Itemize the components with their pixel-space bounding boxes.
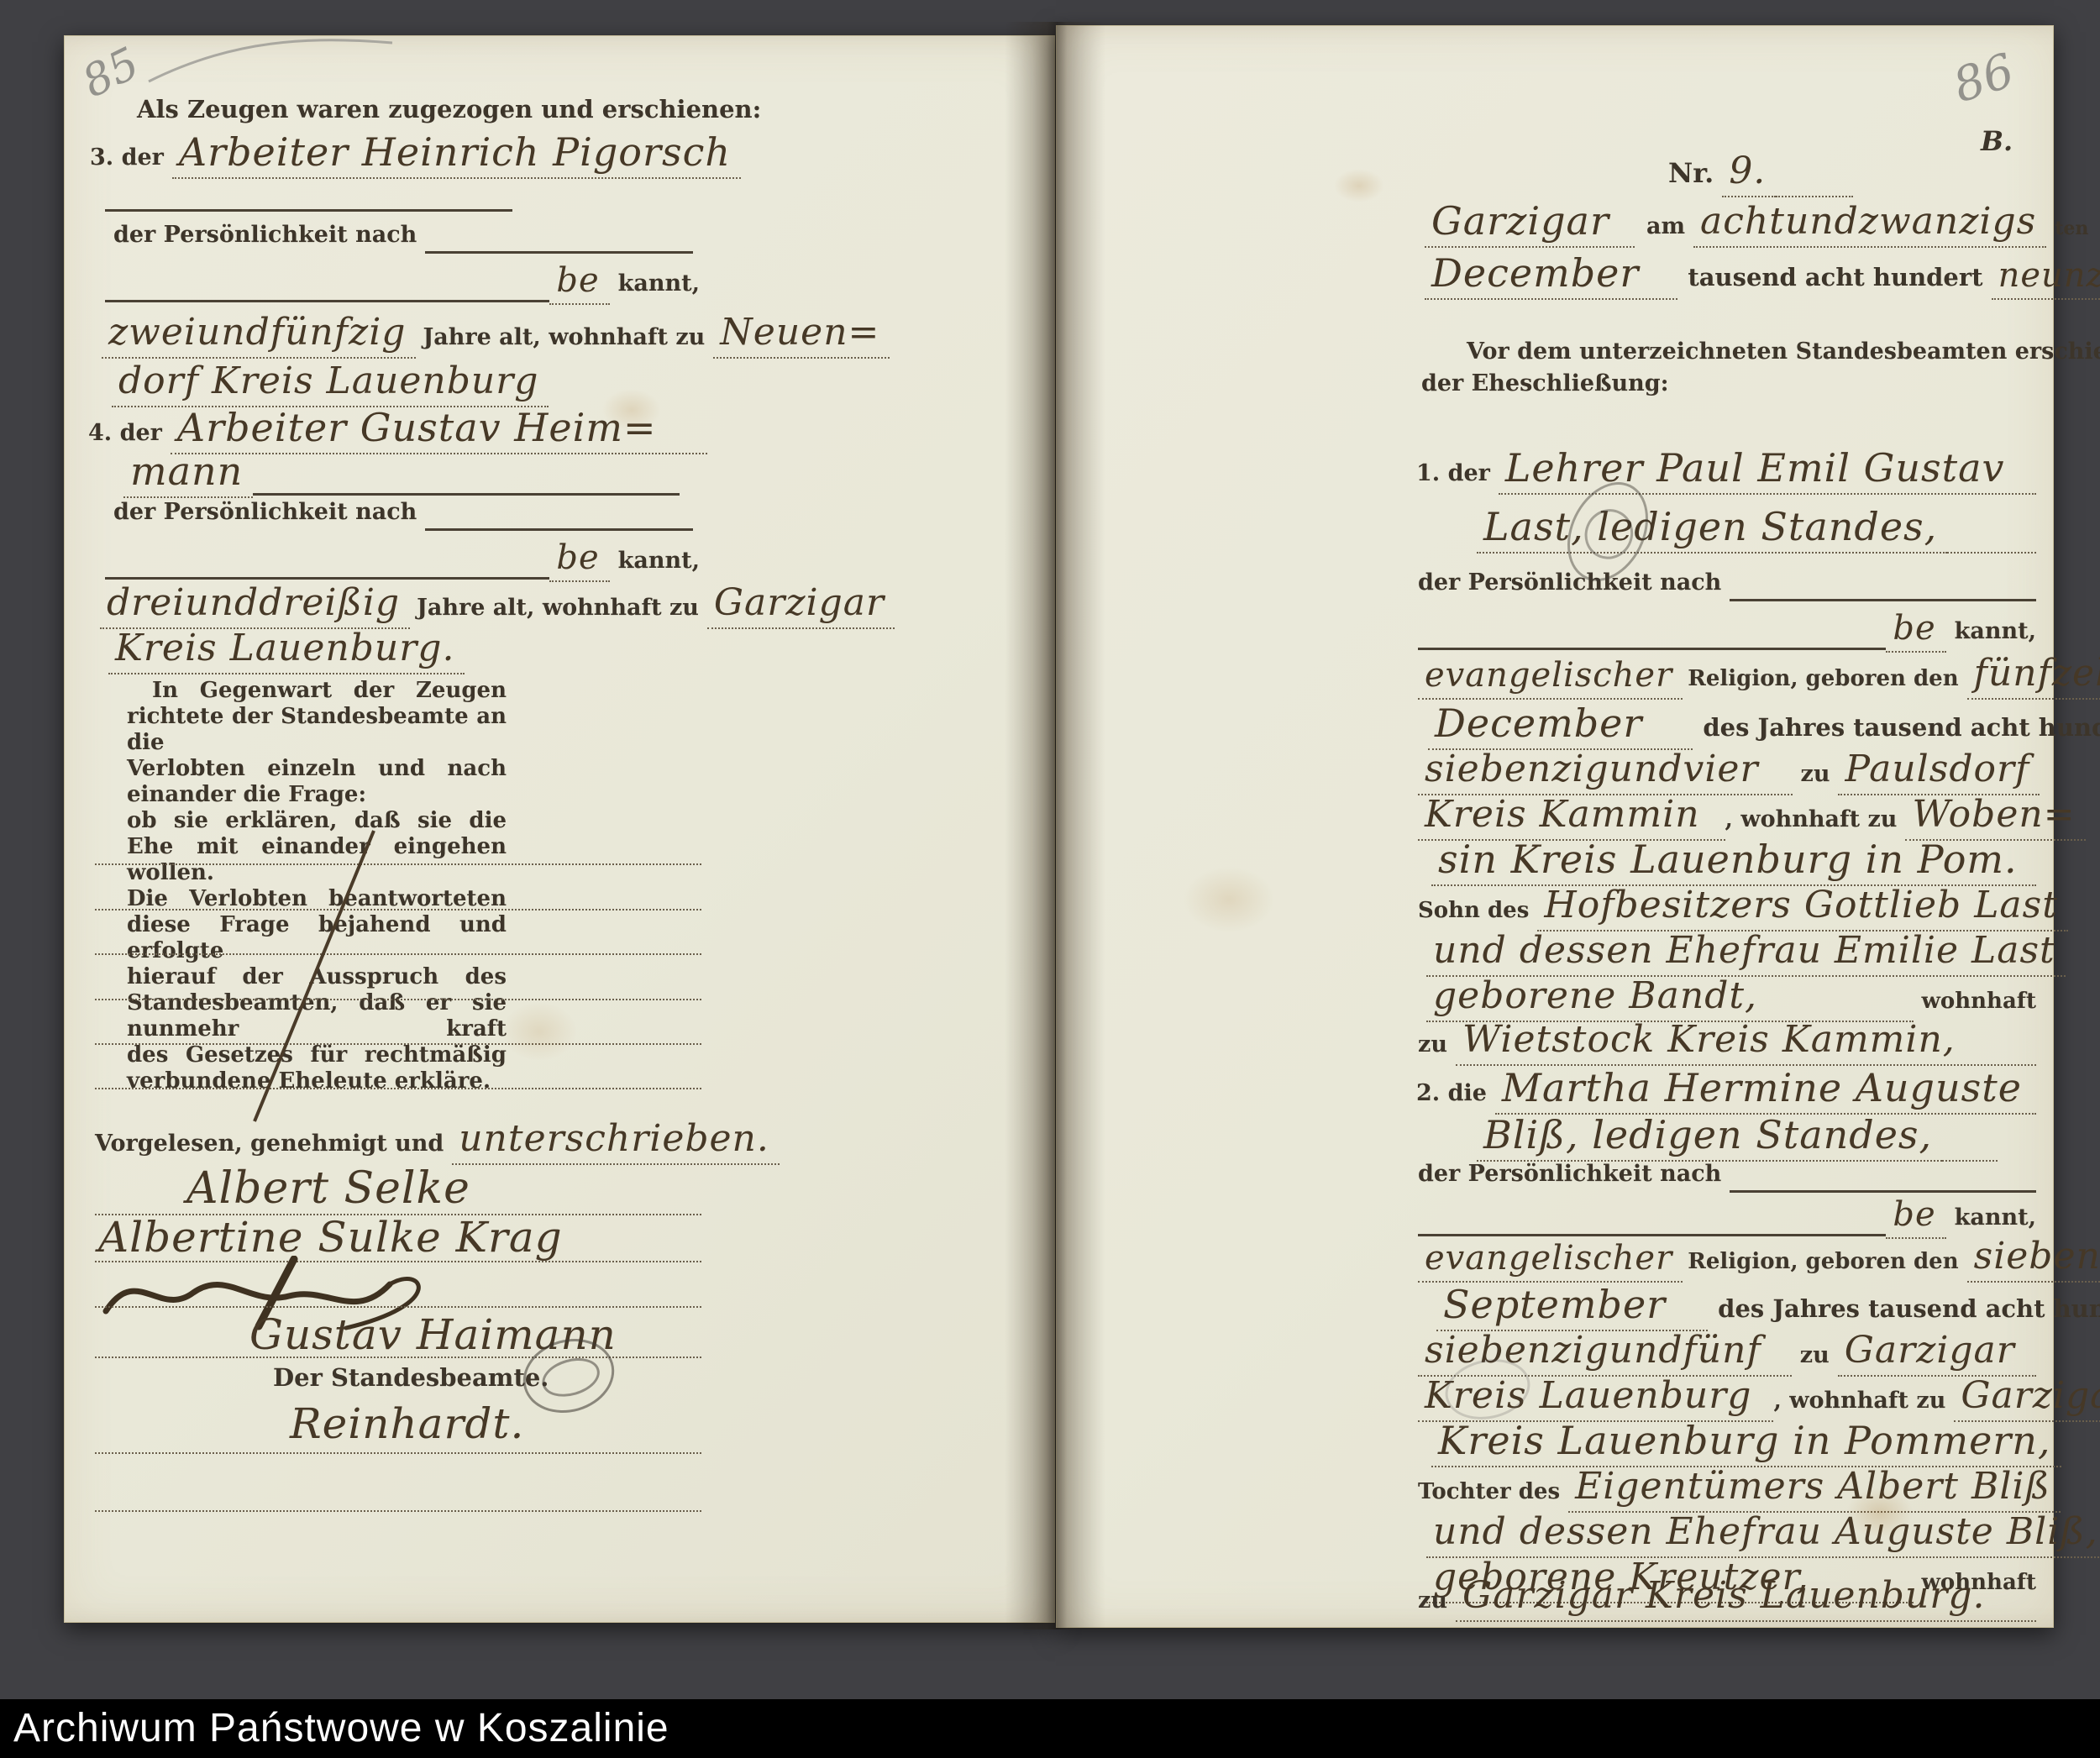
rule-fill xyxy=(1730,1190,2036,1193)
blank-dotted-line xyxy=(95,909,701,910)
witness3-age: zweiundfünfzig xyxy=(102,313,416,359)
bride-bekannt-row: be kannt, xyxy=(1418,1195,2036,1239)
stamp-inner-ring xyxy=(1576,501,1641,567)
witness3-residence2-row: dorf Kreis Lauenburg xyxy=(112,359,481,407)
personality-label: der Persönlichkeit nach xyxy=(1418,1161,1721,1187)
witness4-prefix: 4. der xyxy=(88,420,162,446)
rule-fill xyxy=(1418,648,1886,650)
signature: Albertine Sulke Krag xyxy=(98,1215,563,1260)
registrar-signature: Reinhardt. xyxy=(290,1402,524,1446)
groom-residence2: sin Kreis Lauenburg in Pom. xyxy=(1431,839,2036,886)
bride-mother: und dessen Ehefrau Auguste Bliß, xyxy=(1426,1513,2100,1558)
pencil-stroke xyxy=(115,31,451,98)
intro-line1: Vor dem unterzeichneten Standesbeamten e… xyxy=(1467,338,2100,365)
foxing-spot xyxy=(1334,169,1384,202)
blank-dotted-line xyxy=(95,863,701,865)
witness3-residence2: dorf Kreis Lauenburg xyxy=(112,362,549,407)
signature-dotted-line xyxy=(95,1261,701,1262)
year-label: des Jahres tausend acht hundert xyxy=(1718,1294,2100,1323)
bride-birth-day: siebenten xyxy=(1967,1237,2100,1283)
bride-religion-row: evangelischer Religion, geboren den sieb… xyxy=(1418,1237,2036,1283)
signature-row: Albert Selke xyxy=(186,1163,470,1212)
bride-residence2-row: Kreis Lauenburg in Pommern, xyxy=(1431,1419,2036,1467)
groom-birthyear-row: siebenzigundvier zu Paulsdorf xyxy=(1418,747,2036,795)
archive-caption-bar: Archiwum Państwowe w Koszalinie xyxy=(0,1699,2100,1758)
groom-birth-day: fünfzehn xyxy=(1967,654,2100,700)
groom-parents-residence-row: zu Wietstock Kreis Kammin, xyxy=(1418,1017,2036,1066)
declaration-paragraph: In Gegenwart der Zeugen richtete der Sta… xyxy=(127,678,507,1094)
witness4-personality-row: der Persönlichkeit nach xyxy=(113,500,693,533)
wohnhaft-comma-label: , wohnhaft zu xyxy=(1725,806,1898,832)
witness4-bekannt-row: be kannt, xyxy=(105,538,700,582)
bride-row-name1: 2. die Martha Hermine Auguste xyxy=(1416,1064,2036,1115)
rule-fill xyxy=(105,577,549,580)
witness4-residence2: Kreis Lauenburg. xyxy=(108,629,465,674)
personality-label: der Persönlichkeit nach xyxy=(1418,569,1721,596)
witness4-name: Arbeiter Gustav Heim= xyxy=(171,407,707,454)
bride-birthmonth-row: September des Jahres tausend acht hunder… xyxy=(1436,1283,2036,1331)
record-number-label: Nr. xyxy=(1668,157,1714,189)
witness4-age-row: dreiunddreißig Jahre alt, wohnhaft zu Ga… xyxy=(100,580,703,629)
bride-residence2: Kreis Lauenburg in Pommern, xyxy=(1431,1420,2061,1467)
groom-birthmonth-row: December des Jahres tausend acht hundert xyxy=(1428,701,2036,750)
wohnhaft-label: wohnhaft xyxy=(1922,989,2036,1014)
record-number-row: Nr. 9. xyxy=(1668,154,1853,197)
groom-father: Hofbesitzers Gottlieb Last xyxy=(1537,886,2068,931)
registrar-label-row: Der Standesbeamte. xyxy=(273,1363,549,1392)
intro-line2: der Eheschließung: xyxy=(1421,370,1669,396)
rule-fill xyxy=(425,251,693,254)
date-row-1: Garzigar am achtundzwanzigs ten xyxy=(1425,197,2038,248)
groom-mother-born: geborene Bandt, xyxy=(1426,977,1914,1022)
be-handwritten: be xyxy=(1886,611,1945,653)
groom-name2: Last, ledigen Standes, xyxy=(1477,506,1947,554)
zu-label: zu xyxy=(1800,1342,1830,1368)
blank-dotted-line xyxy=(95,999,701,1000)
intro-text: Als Zeugen waren zugezogen und erschiene… xyxy=(137,95,761,123)
registrar-label: Der Standesbeamte. xyxy=(273,1363,549,1392)
daughter-label: Tochter des xyxy=(1418,1479,1560,1504)
rule-fill xyxy=(1418,1234,1886,1236)
witness4-row: 4. der Arbeiter Gustav Heim= xyxy=(88,406,707,454)
signature-row: Albertine Sulke Krag xyxy=(98,1210,563,1259)
declaration-line: ob sie erklären, daß sie die Ehe mit ein… xyxy=(127,808,507,886)
groom-name1: Lehrer Paul Emil Gustav xyxy=(1499,448,2036,495)
corner-letter: B. xyxy=(1981,125,2013,157)
record-year: neunzigundacht. xyxy=(1992,258,2100,300)
kannt-label: kannt, xyxy=(618,548,700,574)
closing-handwritten: unterschrieben. xyxy=(452,1120,780,1165)
record-intro-1: Vor dem unterzeichneten Standesbeamten e… xyxy=(1467,338,2100,365)
bride-parents-residence: Garzigar Kreis Lauenburg. xyxy=(1456,1577,2036,1622)
stamp-inner-ring xyxy=(538,1351,605,1403)
declaration-line: des Gesetzes für rechtmäßig verbundene E… xyxy=(127,1042,507,1094)
foxing-spot xyxy=(501,1002,577,1061)
declaration-line: In Gegenwart der Zeugen richtete der Sta… xyxy=(127,678,507,756)
groom-religion-row: evangelischer Religion, geboren den fünf… xyxy=(1418,654,2036,700)
groom-residence2-row: sin Kreis Lauenburg in Pom. xyxy=(1431,837,2036,886)
bride-birth-place: Garzigar xyxy=(1838,1331,2036,1377)
wohnhaft-comma-label: , wohnhaft zu xyxy=(1773,1388,1945,1414)
pencil-page-number: 86 xyxy=(1947,44,2021,114)
zu-label: zu xyxy=(1801,761,1830,787)
bride-mother-row: und dessen Ehefrau Auguste Bliß, xyxy=(1426,1509,2036,1558)
closing-row: Vorgelesen, genehmigt und unterschrieben… xyxy=(95,1118,708,1165)
groom-row-name1: 1. der Lehrer Paul Emil Gustav xyxy=(1416,444,2036,495)
archival-scan: 85 Als Zeugen waren zugezogen und erschi… xyxy=(0,0,2100,1758)
blank-dotted-line xyxy=(95,1510,701,1512)
religion-label: Religion, geboren den xyxy=(1688,1249,1958,1274)
bride-father: Eigentümers Albert Bliß xyxy=(1568,1467,2061,1513)
witness4-residence: Garzigar xyxy=(707,584,895,629)
groom-birthplace2-row: Kreis Kammin , wohnhaft zu Woben= xyxy=(1418,792,2036,841)
blank-rule xyxy=(105,209,512,212)
bride-prefix: 2. die xyxy=(1416,1080,1487,1106)
be-handwritten: be xyxy=(1886,1197,1945,1239)
record-day: achtundzwanzigs xyxy=(1693,202,2046,248)
dotted-fill xyxy=(1947,552,2036,554)
year-printed-label: tausend acht hundert xyxy=(1688,263,1982,291)
record-place: Garzigar xyxy=(1425,201,1635,248)
groom-row-name2: Last, ledigen Standes, xyxy=(1477,503,2036,554)
bride-name1: Martha Hermine Auguste xyxy=(1495,1068,2036,1115)
record-number-value: 9. xyxy=(1722,152,1776,197)
archive-name: Archiwum Państwowe w Koszalinie xyxy=(13,1706,669,1750)
bride-row-name2: Bliß, ledigen Standes, xyxy=(1477,1111,1998,1162)
witness3-personality-row: der Persönlichkeit nach xyxy=(113,223,693,256)
bride-father-row: Tochter des Eigentümers Albert Bliß xyxy=(1418,1464,2036,1513)
personality-label: der Persönlichkeit nach xyxy=(113,499,417,525)
groom-birth-place2: Kreis Kammin xyxy=(1418,795,1725,841)
groom-bekannt-row: be kannt, xyxy=(1418,609,2036,653)
groom-prefix: 1. der xyxy=(1416,460,1490,486)
ten-label: ten xyxy=(2055,218,2088,239)
bride-residence: Garzigar xyxy=(1954,1377,2100,1422)
groom-residence: Woben= xyxy=(1905,795,2085,841)
witness3-row: 3. der Arbeiter Heinrich Pigorsch xyxy=(90,130,705,179)
age-mid-label: Jahre alt, wohnhaft zu xyxy=(423,324,705,350)
age-mid-label: Jahre alt, wohnhaft zu xyxy=(417,595,699,621)
declaration-line: hierauf der Ausspruch des Standesbeamten… xyxy=(127,964,507,1042)
son-label: Sohn des xyxy=(1418,898,1529,923)
closing-printed: Vorgelesen, genehmigt und xyxy=(95,1131,444,1157)
witness4-name2: mann xyxy=(123,451,253,498)
bride-name2: Bliß, ledigen Standes, xyxy=(1477,1115,1942,1162)
record-month: December xyxy=(1425,253,1677,300)
be-handwritten: be xyxy=(549,263,609,305)
blank-dotted-line xyxy=(95,1043,701,1045)
witness4-residence2-row: Kreis Lauenburg. xyxy=(108,626,428,674)
groom-mother: und dessen Ehefrau Emilie Last xyxy=(1426,931,2066,977)
bride-parents-residence-row: zu Garzigar Kreis Lauenburg. xyxy=(1418,1573,2036,1622)
bride-birth-month: September xyxy=(1436,1284,1708,1331)
signature: Albert Selke xyxy=(186,1166,470,1212)
left-page: 85 Als Zeugen waren zugezogen und erschi… xyxy=(64,35,1055,1623)
groom-birth-place: Paulsdorf xyxy=(1838,750,2040,795)
corner-letter-row: B. xyxy=(1981,125,2013,157)
groom-parents-residence: Wietstock Kreis Kammin, xyxy=(1456,1021,2036,1066)
declaration-line: Verlobten einzeln und nach einander die … xyxy=(127,756,507,808)
rule-fill xyxy=(105,300,549,302)
witness-intro: Als Zeugen waren zugezogen und erschiene… xyxy=(137,95,761,123)
personality-label: der Persönlichkeit nach xyxy=(113,222,417,248)
registrar-signature-row: Reinhardt. xyxy=(290,1397,524,1446)
witness3-residence: Neuen= xyxy=(713,313,890,359)
groom-personality-row: der Persönlichkeit nach xyxy=(1418,570,2036,604)
blank-dotted-line xyxy=(95,1452,701,1454)
am-label: am xyxy=(1646,213,1685,239)
zu-label: zu xyxy=(1418,1031,1447,1057)
record-intro-2: der Eheschließung: xyxy=(1421,370,1669,396)
religion-label: Religion, geboren den xyxy=(1688,666,1958,691)
witness3-prefix: 3. der xyxy=(90,144,164,171)
groom-birth-month: December xyxy=(1428,703,1693,750)
date-row-2: December tausend acht hundert neunzigund… xyxy=(1425,249,2038,300)
groom-birth-year: siebenzigundvier xyxy=(1418,750,1793,795)
year-label: des Jahres tausend acht hundert xyxy=(1703,713,2100,742)
foxing-spot xyxy=(1183,866,1275,933)
groom-motherborn-row: geborene Bandt, wohnhaft xyxy=(1426,973,2036,1022)
blank-dotted-line xyxy=(95,1088,701,1089)
kannt-label: kannt, xyxy=(1955,1204,2036,1231)
kannt-label: kannt, xyxy=(618,270,700,296)
rule-fill xyxy=(1730,599,2036,601)
groom-mother-row: und dessen Ehefrau Emilie Last xyxy=(1426,928,2036,977)
rule-fill xyxy=(253,493,680,496)
right-page: 86 B. Nr. 9. Garzigar am achtundzwanzigs… xyxy=(1056,25,2054,1628)
zu-label: zu xyxy=(1418,1587,1447,1614)
kannt-label: kannt, xyxy=(1955,618,2036,644)
be-handwritten: be xyxy=(549,540,609,582)
witness3-age-row: zweiundfünfzig Jahre alt, wohnhaft zu Ne… xyxy=(102,310,678,359)
witness3-bekannt-row: be kannt, xyxy=(105,261,700,305)
rule-fill xyxy=(425,528,693,531)
bride-religion: evangelischer xyxy=(1418,1241,1683,1283)
witness4-age: dreiunddreißig xyxy=(100,584,410,629)
blank-dotted-line xyxy=(95,953,701,955)
groom-father-row: Sohn des Hofbesitzers Gottlieb Last xyxy=(1418,883,2036,931)
witness3-name: Arbeiter Heinrich Pigorsch xyxy=(172,132,741,179)
witness4-name2-row: mann xyxy=(123,451,680,498)
bride-personality-row: der Persönlichkeit nach xyxy=(1418,1162,2036,1195)
groom-religion: evangelischer xyxy=(1418,658,1683,700)
